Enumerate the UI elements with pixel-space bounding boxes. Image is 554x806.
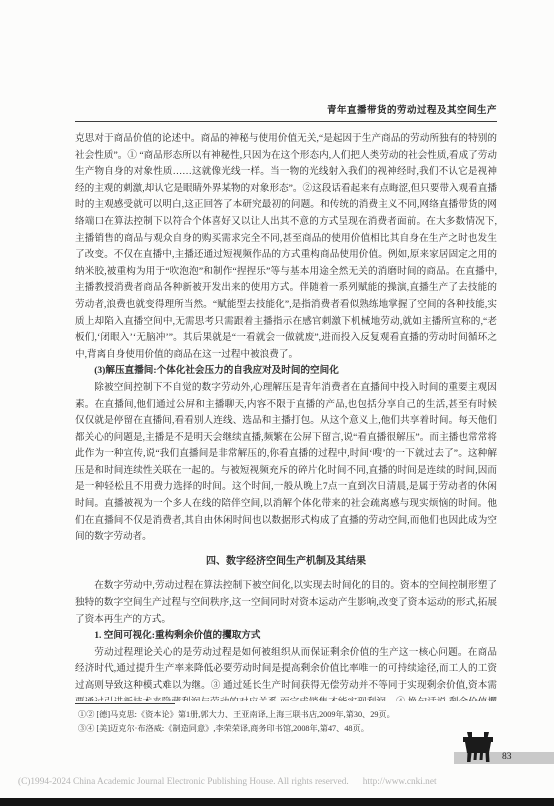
copyright-notice: (C)1994-2024 China Academic Journal Elec…	[18, 777, 548, 787]
footnote-separator	[75, 703, 175, 704]
paragraph-labor-process: 劳动过程理论关心的是劳动过程是如何被组织从而保证剩余价值的生产这一核心问题。在商…	[75, 645, 497, 701]
header-rule	[75, 121, 497, 122]
running-title: 青年直播带货的劳动过程及其空间生产	[327, 106, 497, 116]
ding-bronze-vessel-icon	[461, 732, 495, 763]
journal-page: 青年直播带货的劳动过程及其空间生产 克思对于商品价值的论述中。商品的神秘与使用价…	[0, 0, 554, 806]
paragraph-digital-labor: 在数字劳动中,劳动过程在算法控制下被空间化,以实现去时间化的目的。资本的空间控制…	[75, 578, 497, 628]
page-number: 83	[502, 752, 512, 762]
paragraph-commodity-value: 克思对于商品价值的论述中。商品的神秘与使用价值无关,“是起因于生产商品的劳动所独…	[75, 131, 497, 363]
footnotes: ①② [德]马克思:《资本论》第1册,郭大力、王亚南译,上海三联书店,2009年…	[78, 708, 496, 735]
cnki-url: http://www.cnki.net	[363, 777, 437, 787]
running-header: 青年直播带货的劳动过程及其空间生产	[75, 102, 497, 116]
footnote-marx: ①② [德]马克思:《资本论》第1册,郭大力、王亚南译,上海三联书店,2009年…	[78, 708, 496, 722]
subheading-decompression-room: (3)解压直播间:个体化社会压力的自我应对及时间的空间化	[75, 363, 497, 380]
footnote-burawoy: ③④ [美]迈克尔·布洛威:《制造同意》,李荣荣译,商务印书馆,2008年,第4…	[78, 722, 496, 736]
article-body: 克思对于商品价值的论述中。商品的神秘与使用价值无关,“是起因于生产商品的劳动所独…	[75, 131, 497, 701]
bottom-scan-edge	[0, 798, 554, 806]
section-heading-digital-economy: 四、数字经济空间生产机制及其结果	[75, 554, 497, 571]
copyright-text: (C)1994-2024 China Academic Journal Elec…	[18, 777, 349, 787]
subheading-space-visualization: 1. 空间可视化:重构剩余价值的攫取方式	[75, 628, 497, 645]
paragraph-decompression: 除被空间控制下不自觉的数字劳动外,心理解压是青年消费者在直播间中投入时间的重要主…	[75, 380, 497, 546]
